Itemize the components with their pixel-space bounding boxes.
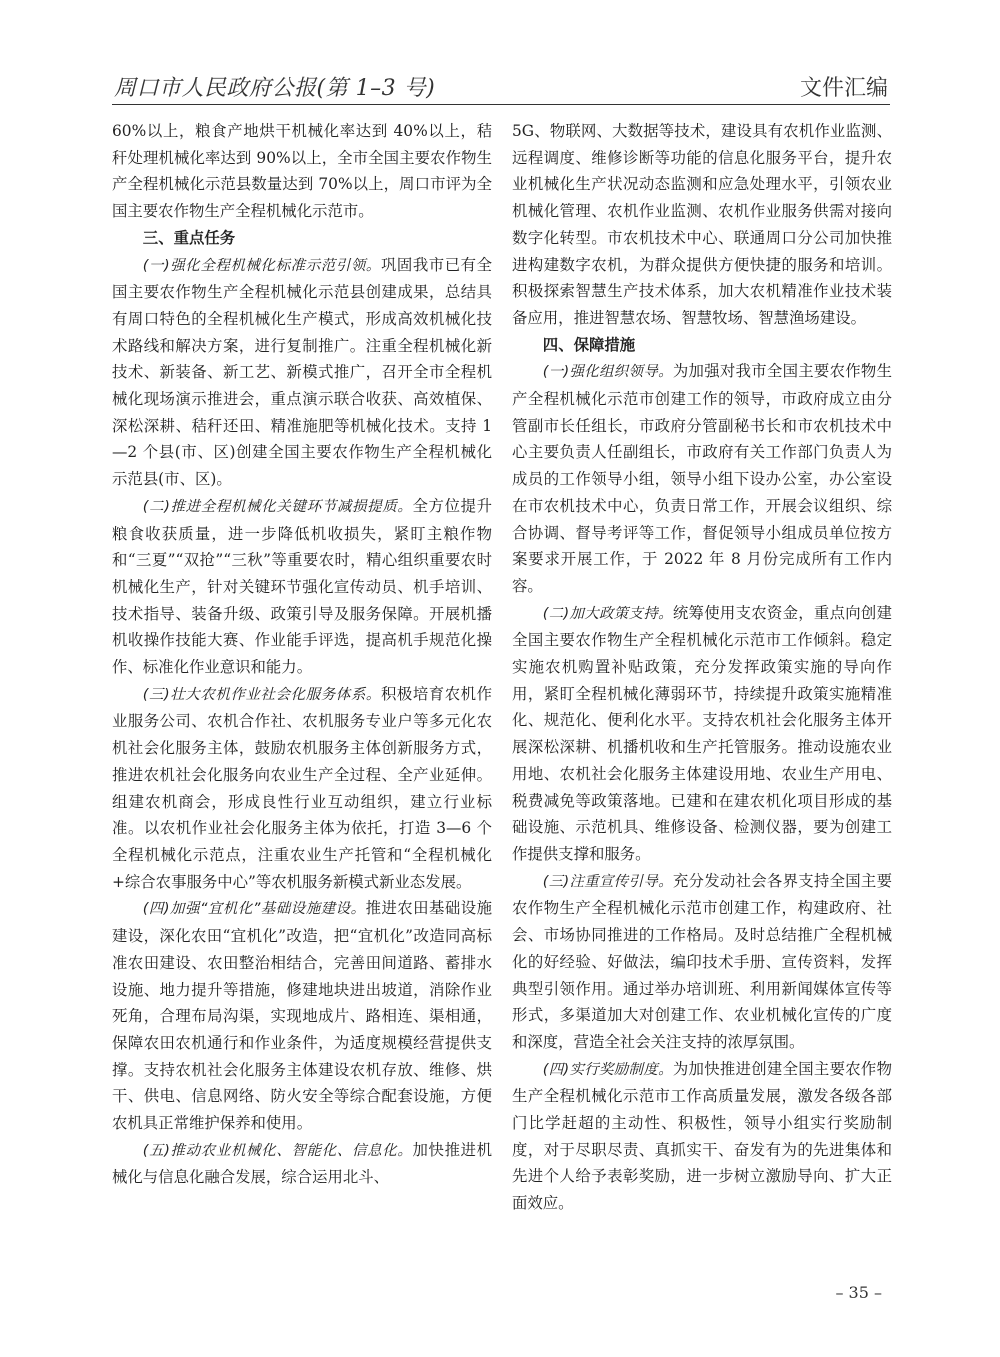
item-text: 全方位提升粮食收获质量，进一步降低机收损失，紧盯主粮作物和“三夏”“双抢”“三秋… (112, 497, 492, 676)
item-lead: (三)壮大农机作业社会化服务体系。 (143, 687, 381, 703)
publication-title: 周口市人民政府公报(第 1–3 号) (114, 71, 435, 102)
item-lead: (二)推进全程机械化关键环节减损提质。 (143, 499, 413, 515)
item-lead: (四)加强“宜机化”基础设施建设。 (143, 901, 366, 917)
item-text: 积极培育农机作业服务公司、农机合作社、农机服务专业户等多元化农机社会化服务主体，… (112, 685, 492, 891)
item-lead: (五)推动农业机械化、智能化、信息化。 (143, 1143, 413, 1159)
paragraph: 60%以上，粮食产地烘干机械化率达到 40%以上，秸秆处理机械化率达到 90%以… (112, 118, 492, 225)
item-lead: (四)实行奖励制度。 (543, 1062, 673, 1078)
paragraph: 5G、物联网、大数据等技术，建设具有农机作业监测、远程调度、维修诊断等功能的信息… (512, 118, 892, 332)
paragraph: (二)加大政策支持。统筹使用支农资金，重点向创建全国主要农作物生产全程机械化示范… (512, 600, 892, 868)
running-header: 周口市人民政府公报(第 1–3 号) 文件汇编 (112, 74, 890, 105)
item-text: 统筹使用支农资金，重点向创建全国主要农作物生产全程机械化示范市工作倾斜。稳定实施… (512, 604, 892, 863)
paragraph: (四)加强“宜机化”基础设施建设。推进农田基础设施建设，深化农田“宜机化”改造，… (112, 895, 492, 1136)
section-heading: 三、重点任务 (112, 225, 492, 252)
section-title: 文件汇编 (800, 71, 888, 102)
left-column: 60%以上，粮食产地烘干机械化率达到 40%以上，秸秆处理机械化率达到 90%以… (112, 118, 492, 1191)
section-heading: 四、保障措施 (512, 332, 892, 359)
page-number: – 35 – (835, 1283, 882, 1302)
paragraph: (一)强化全程机械化标准示范引领。巩固我市已有全国主要农作物生产全程机械化示范县… (112, 252, 492, 493)
item-text: 巩固我市已有全国主要农作物生产全程机械化示范县创建成果，总结具有周口特色的全程机… (112, 256, 492, 489)
paragraph: (三)注重宣传引导。充分发动社会各界支持全国主要农作物生产全程机械化示范市创建工… (512, 868, 892, 1056)
item-lead: (一)强化组织领导。 (543, 364, 673, 380)
paragraph: (四)实行奖励制度。为加快推进创建全国主要农作物生产全程机械化示范市工作高质量发… (512, 1056, 892, 1217)
paragraph: (三)壮大农机作业社会化服务体系。积极培育农机作业服务公司、农机合作社、农机服务… (112, 681, 492, 896)
item-text: 充分发动社会各界支持全国主要农作物生产全程机械化示范市创建工作，构建政府、社会、… (512, 872, 892, 1051)
paragraph: (五)推动农业机械化、智能化、信息化。加快推进机械化与信息化融合发展，综合运用北… (112, 1137, 492, 1191)
item-text: 为加强对我市全国主要农作物生产全程机械化示范市创建工作的领导，市政府成立由分管副… (512, 362, 892, 595)
item-lead: (二)加大政策支持。 (543, 606, 673, 622)
item-text: 推进农田基础设施建设，深化农田“宜机化”改造，把“宜机化”改造同高标准农田建设、… (112, 899, 492, 1132)
item-text: 为加快推进创建全国主要农作物生产全程机械化示范市工作高质量发展，激发各级各部门比… (512, 1060, 892, 1213)
item-lead: (一)强化全程机械化标准示范引领。 (143, 258, 381, 274)
paragraph: (一)强化组织领导。为加强对我市全国主要农作物生产全程机械化示范市创建工作的领导… (512, 358, 892, 599)
paragraph: (二)推进全程机械化关键环节减损提质。全方位提升粮食收获质量，进一步降低机收损失… (112, 493, 492, 681)
right-column: 5G、物联网、大数据等技术，建设具有农机作业监测、远程调度、维修诊断等功能的信息… (512, 118, 892, 1217)
item-lead: (三)注重宣传引导。 (543, 874, 673, 890)
